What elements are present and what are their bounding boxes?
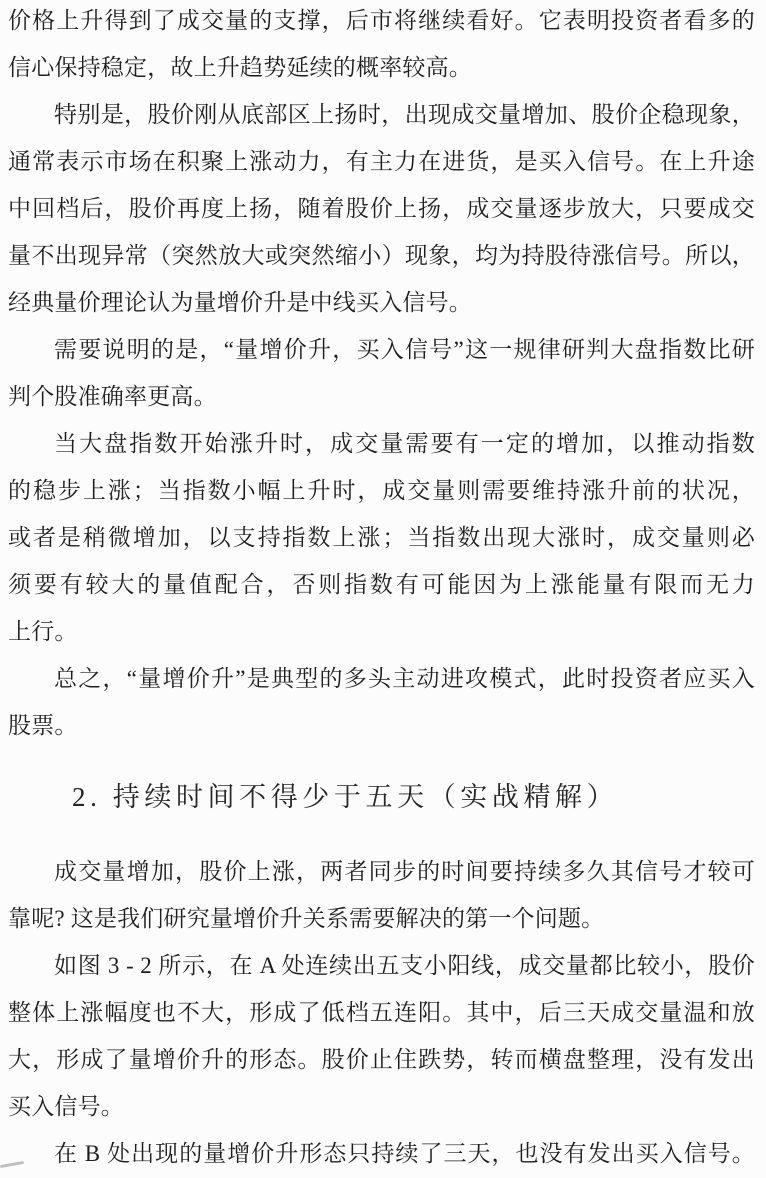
- text-line: 中回档后，股价再度上扬，随着股价上扬，成交量逐步放大，只要成交: [8, 185, 755, 232]
- text-line: 整体上涨幅度也不大，形成了低档五连阳。其中，后三天成交量温和放: [8, 989, 755, 1036]
- text-line: 量不出现异常（突然放大或突然缩小）现象，均为持股待涨信号。所以，: [8, 232, 755, 279]
- text-line: 通常表示市场在积聚上涨动力，有主力在进货，是买入信号。在上升途: [8, 138, 755, 185]
- section-gap: [8, 749, 755, 774]
- text-line: 或者是稍微增加，以支持指数上涨；当指数出现大涨时，成交量则必: [8, 514, 755, 561]
- section-heading: 2. 持续时间不得少于五天（实战精解）: [8, 774, 755, 821]
- text-line: 在 B 处出现的量增价升形态只持续了三天，也没有发出买入信号。: [8, 1130, 755, 1177]
- book-page: 价格上升得到了成交量的支撑，后市将继续看好。它表明投资者看多的 信心保持稳定，故…: [0, 0, 766, 1178]
- text-line: 信心保持稳定，故上升趋势延续的概率较高。: [8, 44, 755, 91]
- text-line: 大，形成了量增价升的形态。股价止住跌势，转而横盘整理，没有发出: [8, 1036, 755, 1083]
- text-line: 股票。: [8, 702, 755, 749]
- text-line: 上行。: [8, 608, 755, 655]
- text-line: 靠呢? 这是我们研究量增价升关系需要解决的第一个问题。: [8, 895, 755, 942]
- text-block: 价格上升得到了成交量的支撑，后市将继续看好。它表明投资者看多的 信心保持稳定，故…: [8, 0, 755, 1177]
- text-line: 判个股准确率更高。: [8, 373, 755, 420]
- text-line: 的稳步上涨；当指数小幅上升时，成交量则需要维持涨升前的状况，: [8, 467, 755, 514]
- text-line: 须要有较大的量值配合，否则指数有可能因为上涨能量有限而无力: [8, 561, 755, 608]
- text-line: 需要说明的是，“量增价升，买入信号”这一规律研判大盘指数比研: [8, 326, 755, 373]
- text-line: 总之，“量增价升”是典型的多头主动进攻模式，此时投资者应买入: [8, 655, 755, 702]
- text-line: 买入信号。: [8, 1083, 755, 1130]
- text-line: 经典量价理论认为量增价升是中线买入信号。: [8, 279, 755, 326]
- text-line: 如图 3 - 2 所示，在 A 处连续出五支小阳线，成交量都比较小，股价: [8, 942, 755, 989]
- text-line: 特别是，股价刚从底部区上扬时，出现成交量增加、股价企稳现象，: [8, 91, 755, 138]
- text-line: 当大盘指数开始涨升时，成交量需要有一定的增加，以推动指数: [8, 420, 755, 467]
- text-line: 成交量增加，股价上涨，两者同步的时间要持续多久其信号才较可: [8, 848, 755, 895]
- section-gap: [8, 821, 755, 848]
- text-line: 价格上升得到了成交量的支撑，后市将继续看好。它表明投资者看多的: [8, 0, 755, 44]
